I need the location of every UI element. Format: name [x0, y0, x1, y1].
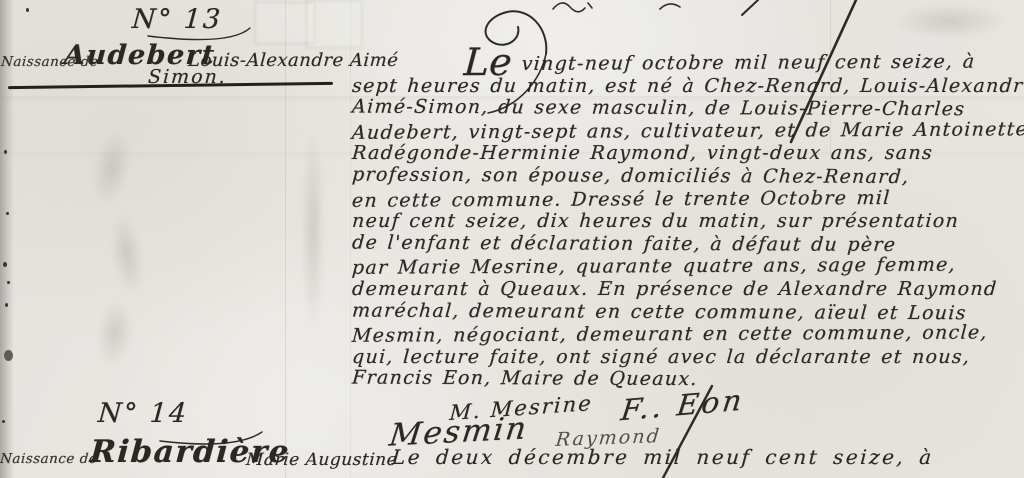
handwritten-line: neuf cent seize, dix heures du matin, su… [351, 210, 1024, 233]
ink-speck [7, 281, 10, 284]
handwritten-line: Levingt-neuf octobre mil neuf cent seize… [351, 48, 1024, 76]
ink-speck [2, 420, 5, 423]
handwritten-line: Mesmin, négociant, demeurant en cette co… [351, 321, 1024, 347]
handwritten-line: qui, lecture faite, ont signé avec la dé… [351, 346, 1024, 369]
act13-number: N° 13 [131, 4, 223, 35]
act13-body: Levingt-neuf octobre mil neuf cent seize… [352, 50, 1024, 391]
handwritten-line: Radégonde-Herminie Raymond, vingt-deux a… [351, 142, 1024, 165]
ink-speck [5, 303, 8, 307]
bleedthrough-stain [104, 206, 150, 302]
column-rule [285, 0, 286, 478]
handwritten-line: Aimé-Simon, du sexe masculin, de Louis-P… [351, 96, 1024, 122]
bleedthrough-stain [300, 120, 326, 340]
bleedthrough-grid [306, 0, 362, 48]
handwritten-line: en cette commune. Dressé le trente Octob… [351, 186, 1024, 212]
handwritten-line: demeurant à Queaux. En présence de Alexa… [351, 278, 1024, 301]
register-page: N° 13 Naissance de Audebert Louis-Alexan… [0, 0, 1024, 478]
ink-speck [26, 8, 29, 12]
handwritten-line: Audebert, vingt-sept ans, cultivateur, e… [351, 118, 1024, 144]
bleedthrough-stain [84, 123, 141, 213]
handwritten-line: profession, son épouse, domiciliés à Che… [351, 163, 1024, 189]
ink-speck [3, 262, 7, 267]
handwritten-line: sept heures du matin, est né à Chez-Rena… [351, 75, 1024, 98]
handwritten-line: maréchal, demeurant en cette commune, aï… [351, 299, 1024, 325]
ink-speck [6, 212, 9, 215]
line-text: vingt-neuf octobre mil neuf cent seize, … [521, 51, 976, 75]
bleedthrough-stain [92, 294, 138, 372]
act14-first-line: Le deux décembre mil neuf cent seize, à [391, 445, 934, 469]
act14-margin-label: Naissance de [0, 451, 98, 467]
act14-margin-given-names: Marie Augustine [245, 450, 398, 470]
bleedthrough-stain [888, 2, 1010, 40]
binding-edge-shadow [0, 0, 14, 478]
act14-number: N° 14 [97, 398, 189, 429]
handwritten-line: par Marie Mesrine, quarante quatre ans, … [351, 254, 1024, 280]
ink-blot [4, 350, 13, 361]
